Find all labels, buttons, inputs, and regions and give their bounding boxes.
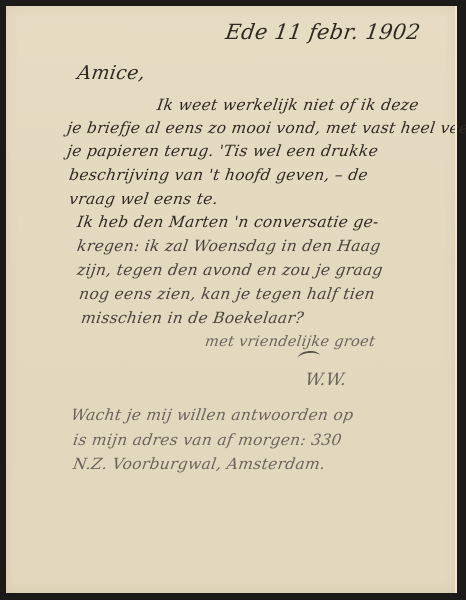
postscript-line-3: N.Z. Voorburgwal, Amsterdam. [72, 455, 327, 473]
signature: W.W. [304, 370, 348, 390]
salutation: Amice, [76, 62, 147, 84]
body-line-9: nog eens zien, kan je tegen half tien [78, 285, 376, 303]
letter-paper: Ede 11 febr. 1902 Amice, Ik weet werkeli… [6, 6, 457, 593]
postscript-line-2: is mijn adres van af morgen: 330 [72, 431, 343, 449]
closing: met vriendelijke groet [204, 334, 376, 350]
body-line-2: je briefje al eens zo mooi vond, met vas… [66, 119, 466, 137]
body-line-8: zijn, tegen den avond en zou je graag [76, 261, 384, 279]
signature-flourish [297, 350, 320, 364]
postscript-line-1: Wacht je mij willen antwoorden op [70, 406, 355, 424]
body-line-4: beschrijving van 't hoofd geven, – de [68, 166, 369, 184]
body-line-5: vraag wel eens te. [68, 190, 219, 208]
body-line-10: misschien in de Boekelaar? [80, 309, 305, 327]
scan-frame: Ede 11 febr. 1902 Amice, Ik weet werkeli… [0, 0, 466, 600]
body-line-3: je papieren terug. 'Tis wel een drukke [66, 142, 379, 160]
body-line-7: kregen: ik zal Woensdag in den Haag [76, 237, 382, 255]
body-line-6: Ik heb den Marten 'n conversatie ge- [76, 213, 380, 231]
body-line-1: Ik weet werkelijk niet of ik deze [156, 96, 420, 114]
place-date: Ede 11 febr. 1902 [224, 20, 422, 44]
